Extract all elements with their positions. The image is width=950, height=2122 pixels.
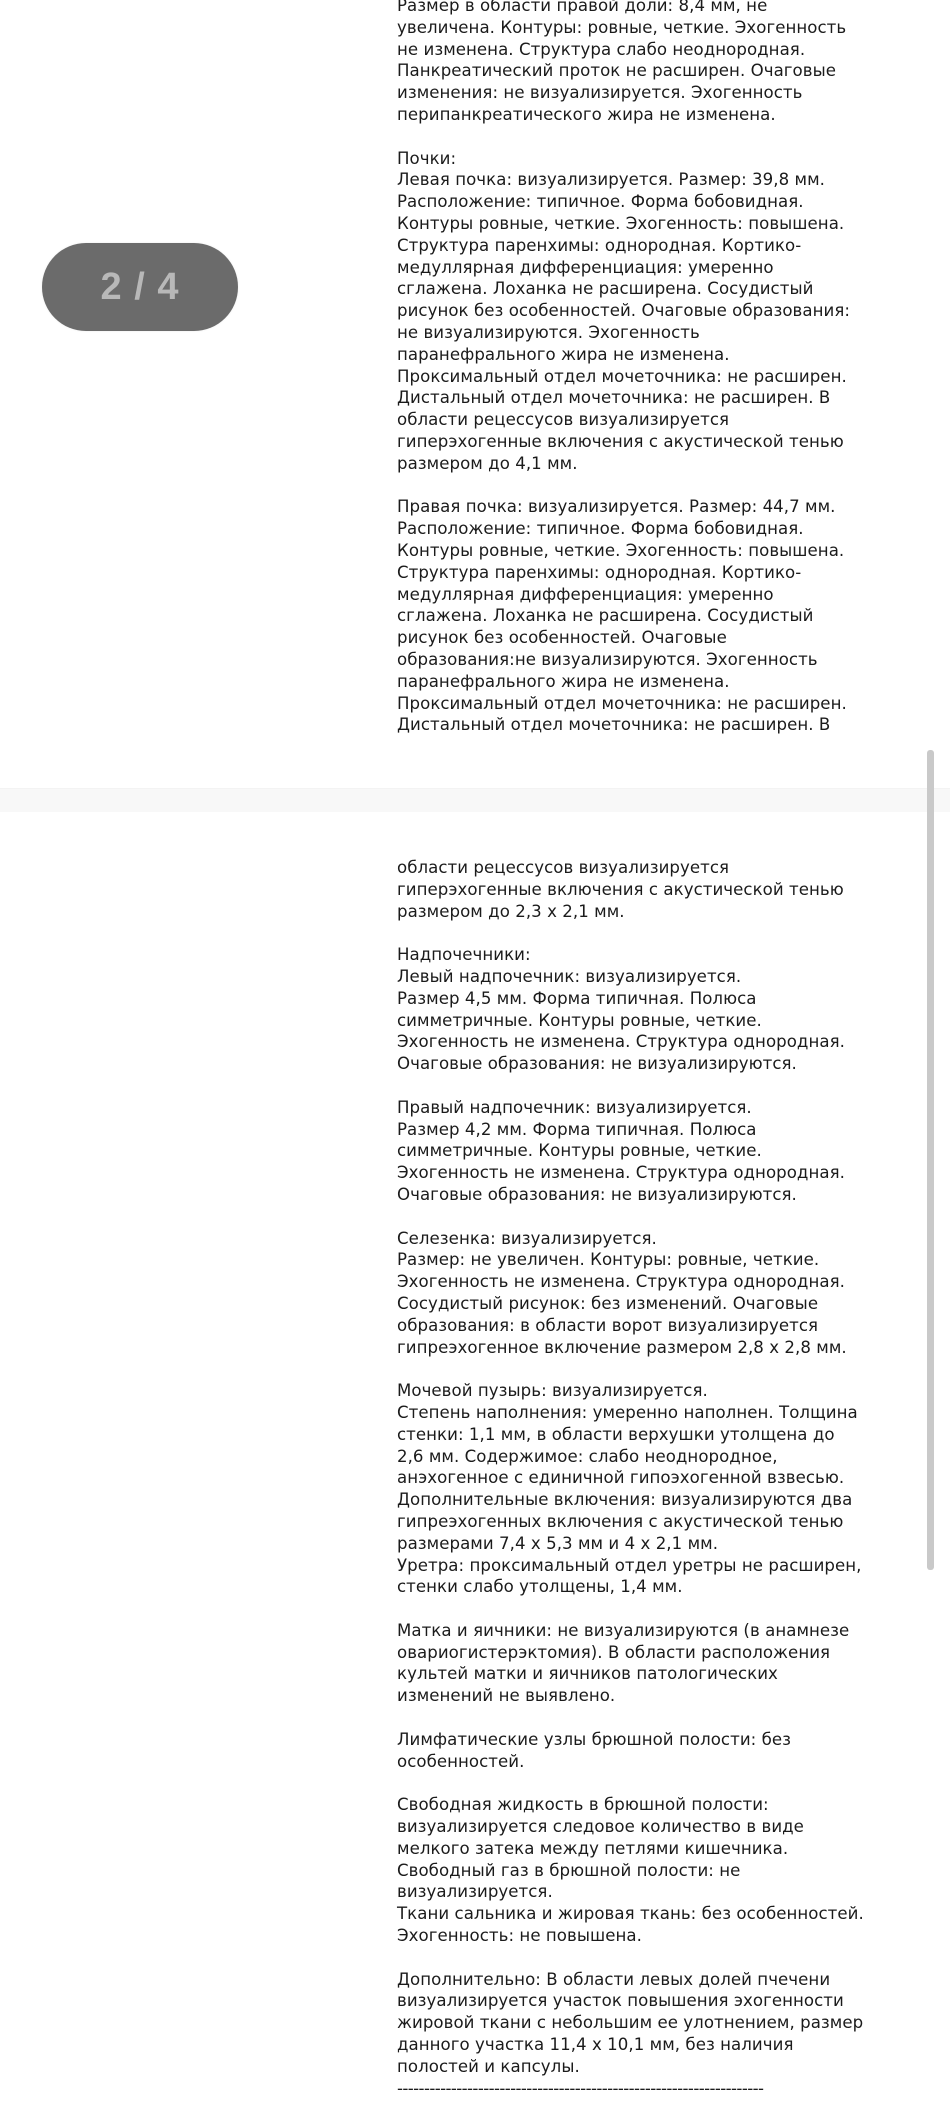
text-line: перипанкреатического жира не изменена.	[397, 104, 907, 126]
text-line: изменения: не визуализируется. Эхогеннос…	[397, 82, 907, 104]
text-line: Эхогенность не изменена. Структура однор…	[397, 1271, 907, 1293]
text-line: стенки: 1,1 мм, в области верхушки утолщ…	[397, 1424, 907, 1446]
text-line: гипреэхогенное включение размером 2,8 х …	[397, 1337, 907, 1359]
text-line: Левая почка: визуализируется. Размер: 39…	[397, 169, 907, 191]
text-line: рисунок без особенностей. Очаговые образ…	[397, 300, 907, 322]
text-line: Эхогенность не изменена. Структура однор…	[397, 1031, 907, 1053]
text-line: Дополнительно: В области левых долей пче…	[397, 1969, 907, 1991]
report-paragraph: Мочевой пузырь: визуализируется.Степень …	[397, 1380, 907, 1598]
report-paragraph: области рецессусов визуализируетсягиперэ…	[397, 857, 907, 922]
text-line: размером до 2,3 х 2,1 мм.	[397, 901, 907, 923]
text-line: полостей и капсулы.	[397, 2056, 907, 2078]
text-line: Проксимальный отдел мочеточника: не расш…	[397, 693, 907, 715]
report-paragraph: Селезенка: визуализируется.Размер: не ув…	[397, 1228, 907, 1359]
text-line: гиперэхогенные включения с акустической …	[397, 879, 907, 901]
text-line: области рецессусов визуализируется	[397, 857, 907, 879]
text-line: Панкреатический проток не расширен. Очаг…	[397, 60, 907, 82]
document-page-1: Размер в области правой доли: 8,4 мм, не…	[0, 0, 950, 788]
page-indicator-label: 2 / 4	[101, 266, 180, 309]
text-line: стенки слабо утолщены, 1,4 мм.	[397, 1576, 907, 1598]
text-line: Правый надпочечник: визуализируется.	[397, 1097, 907, 1119]
document-viewer: Размер в области правой доли: 8,4 мм, не…	[0, 0, 950, 2122]
text-line: культей матки и яичников патологических	[397, 1663, 907, 1685]
text-line: Дистальный отдел мочеточника: не расшире…	[397, 714, 907, 736]
text-line: области рецессусов визуализируется	[397, 409, 907, 431]
text-line: изменений не выявлено.	[397, 1685, 907, 1707]
text-line: Размер в области правой доли: 8,4 мм, не	[397, 0, 907, 17]
text-line: паранефрального жира не изменена.	[397, 344, 907, 366]
text-line: Контуры ровные, четкие. Эхогенность: пов…	[397, 213, 907, 235]
text-line: размерами 7,4 х 5,3 мм и 4 х 2,1 мм.	[397, 1533, 907, 1555]
text-line: гиперэхогенные включения с акустической …	[397, 431, 907, 453]
text-line: данного участка 11,4 х 10,1 мм, без нали…	[397, 2034, 907, 2056]
text-line: гипреэхогенных включения с акустической …	[397, 1511, 907, 1533]
text-line: 2,6 мм. Содержимое: слабо неоднородное,	[397, 1446, 907, 1468]
vertical-scrollbar[interactable]	[922, 740, 934, 1580]
report-paragraph: Лимфатические узлы брюшной полости: безо…	[397, 1729, 907, 1773]
text-line: визуализируется.	[397, 1881, 907, 1903]
text-line: Свободный газ в брюшной полости: не	[397, 1860, 907, 1882]
text-line: симметричные. Контуры ровные, четкие.	[397, 1140, 907, 1162]
text-line: визуализируется участок повышения эхоген…	[397, 1990, 907, 2012]
text-line: Расположение: типичное. Форма бобовидная…	[397, 518, 907, 540]
dashed-divider: ----------------------------------------…	[397, 2078, 907, 2100]
text-line: Контуры ровные, четкие. Эхогенность: пов…	[397, 540, 907, 562]
text-line: Ткани сальника и жировая ткань: без особ…	[397, 1903, 907, 1925]
text-line: Расположение: типичное. Форма бобовидная…	[397, 191, 907, 213]
report-paragraph: Размер в области правой доли: 8,4 мм, не…	[397, 0, 907, 126]
report-paragraph: Надпочечники:Левый надпочечник: визуализ…	[397, 944, 907, 1075]
page-text: области рецессусов визуализируетсягиперэ…	[397, 857, 907, 2099]
text-line: овариогистерэктомия). В области располож…	[397, 1642, 907, 1664]
text-line: Дистальный отдел мочеточника: не расшире…	[397, 387, 907, 409]
report-paragraph: Дополнительно: В области левых долей пче…	[397, 1969, 907, 2100]
document-page-2: области рецессусов визуализируетсягиперэ…	[0, 812, 950, 2122]
text-line: Проксимальный отдел мочеточника: не расш…	[397, 366, 907, 388]
text-line: Уретра: проксимальный отдел уретры не ра…	[397, 1555, 907, 1577]
text-line: Эхогенность: не повышена.	[397, 1925, 907, 1947]
report-paragraph: Матка и яичники: не визуализируются (в а…	[397, 1620, 907, 1707]
text-line: анэхогенное с единичной гипоэхогенной вз…	[397, 1467, 907, 1489]
text-line: Левый надпочечник: визуализируется.	[397, 966, 907, 988]
text-line: Структура паренхимы: однородная. Кортико…	[397, 562, 907, 584]
text-line: визуализируется следовое количество в ви…	[397, 1816, 907, 1838]
text-line: образования: в области ворот визуализиру…	[397, 1315, 907, 1337]
text-line: Размер 4,5 мм. Форма типичная. Полюса	[397, 988, 907, 1010]
report-paragraph: Правый надпочечник: визуализируется.Разм…	[397, 1097, 907, 1206]
text-line: паранефрального жира не изменена.	[397, 671, 907, 693]
text-line: Лимфатические узлы брюшной полости: без	[397, 1729, 907, 1751]
text-line: жировой ткани с небольшим ее улотнением,…	[397, 2012, 907, 2034]
text-line: сглажена. Лоханка не расширена. Сосудист…	[397, 605, 907, 627]
text-line: размером до 4,1 мм.	[397, 453, 907, 475]
text-line: медуллярная дифференциация: умеренно	[397, 257, 907, 279]
text-line: симметричные. Контуры ровные, четкие.	[397, 1010, 907, 1032]
text-line: Эхогенность не изменена. Структура однор…	[397, 1162, 907, 1184]
text-line: Матка и яичники: не визуализируются (в а…	[397, 1620, 907, 1642]
text-line: Очаговые образования: не визуализируются…	[397, 1184, 907, 1206]
report-paragraph: Свободная жидкость в брюшной полости:виз…	[397, 1794, 907, 1947]
scrollbar-thumb[interactable]	[927, 750, 934, 1570]
text-line: Дополнительные включения: визуализируютс…	[397, 1489, 907, 1511]
text-line: не изменена. Структура слабо неоднородна…	[397, 39, 907, 61]
text-line: Почки:	[397, 148, 907, 170]
text-line: увеличена. Контуры: ровные, четкие. Эхог…	[397, 17, 907, 39]
report-paragraph: Почки:Левая почка: визуализируется. Разм…	[397, 148, 907, 475]
page-indicator: 2 / 4	[42, 243, 238, 331]
text-line: Размер 4,2 мм. Форма типичная. Полюса	[397, 1119, 907, 1141]
text-line: Свободная жидкость в брюшной полости:	[397, 1794, 907, 1816]
text-line: Мочевой пузырь: визуализируется.	[397, 1380, 907, 1402]
report-paragraph: Правая почка: визуализируется. Размер: 4…	[397, 496, 907, 736]
text-line: медуллярная дифференциация: умеренно	[397, 584, 907, 606]
text-line: Очаговые образования: не визуализируются…	[397, 1053, 907, 1075]
page-separator	[0, 788, 950, 812]
text-line: Надпочечники:	[397, 944, 907, 966]
text-line: сглажена. Лоханка не расширена. Сосудист…	[397, 278, 907, 300]
text-line: особенностей.	[397, 1751, 907, 1773]
text-line: рисунок без особенностей. Очаговые	[397, 627, 907, 649]
text-line: мелкого затека между петлями кишечника.	[397, 1838, 907, 1860]
text-line: Структура паренхимы: однородная. Кортико…	[397, 235, 907, 257]
page-text: Размер в области правой доли: 8,4 мм, не…	[397, 0, 907, 736]
text-line: Селезенка: визуализируется.	[397, 1228, 907, 1250]
text-line: Сосудистый рисунок: без изменений. Очаго…	[397, 1293, 907, 1315]
text-line: Размер: не увеличен. Контуры: ровные, че…	[397, 1249, 907, 1271]
text-line: Степень наполнения: умеренно наполнен. Т…	[397, 1402, 907, 1424]
text-line: образования:не визуализируются. Эхогенно…	[397, 649, 907, 671]
text-line: не визуализируются. Эхогенность	[397, 322, 907, 344]
text-line: Правая почка: визуализируется. Размер: 4…	[397, 496, 907, 518]
